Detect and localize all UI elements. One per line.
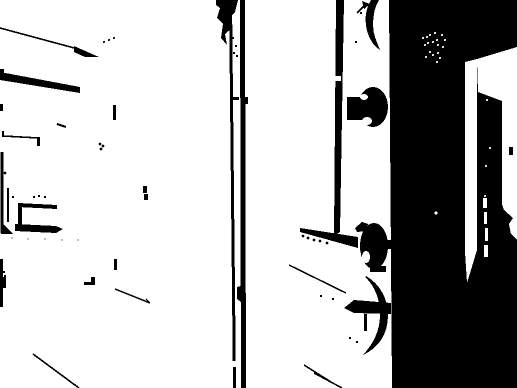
frame-tick <box>232 97 239 100</box>
deadbolt-highlight-bottom <box>362 117 372 125</box>
bracket-mark-v <box>91 277 95 283</box>
rosette-drip <box>364 314 367 331</box>
left-edge-bar-mid <box>0 277 6 288</box>
lever-knob-highlight <box>362 251 370 263</box>
lit-wall-dash <box>509 147 513 155</box>
frame-bump-b <box>245 97 248 104</box>
left-wall-dot <box>4 172 7 175</box>
deadbolt-thumbturn-tab <box>347 97 363 120</box>
lever-knob-bridge <box>385 240 391 249</box>
binarized-door-photo <box>0 0 517 388</box>
lit-wall-left-strip <box>465 59 477 283</box>
left-edge-bar-upper <box>0 259 3 277</box>
door-edge-stripe-nick <box>335 76 341 81</box>
door-frame-line-right <box>240 0 246 388</box>
wall-blob-a <box>143 186 147 193</box>
doorway-dot <box>435 212 438 215</box>
deadbolt-highlight-top <box>360 94 368 100</box>
wall-tick-vertical <box>113 105 116 120</box>
wall-tick-lower <box>114 259 117 270</box>
shelf-hook <box>37 137 40 146</box>
photo-scene-canvas <box>0 0 517 388</box>
rosette-top-tab <box>370 266 386 272</box>
wall-blob-b <box>144 194 148 200</box>
left-wall-tick <box>0 104 3 111</box>
frame-line-gap <box>232 361 236 367</box>
left-edge-bar-lower <box>0 288 3 307</box>
